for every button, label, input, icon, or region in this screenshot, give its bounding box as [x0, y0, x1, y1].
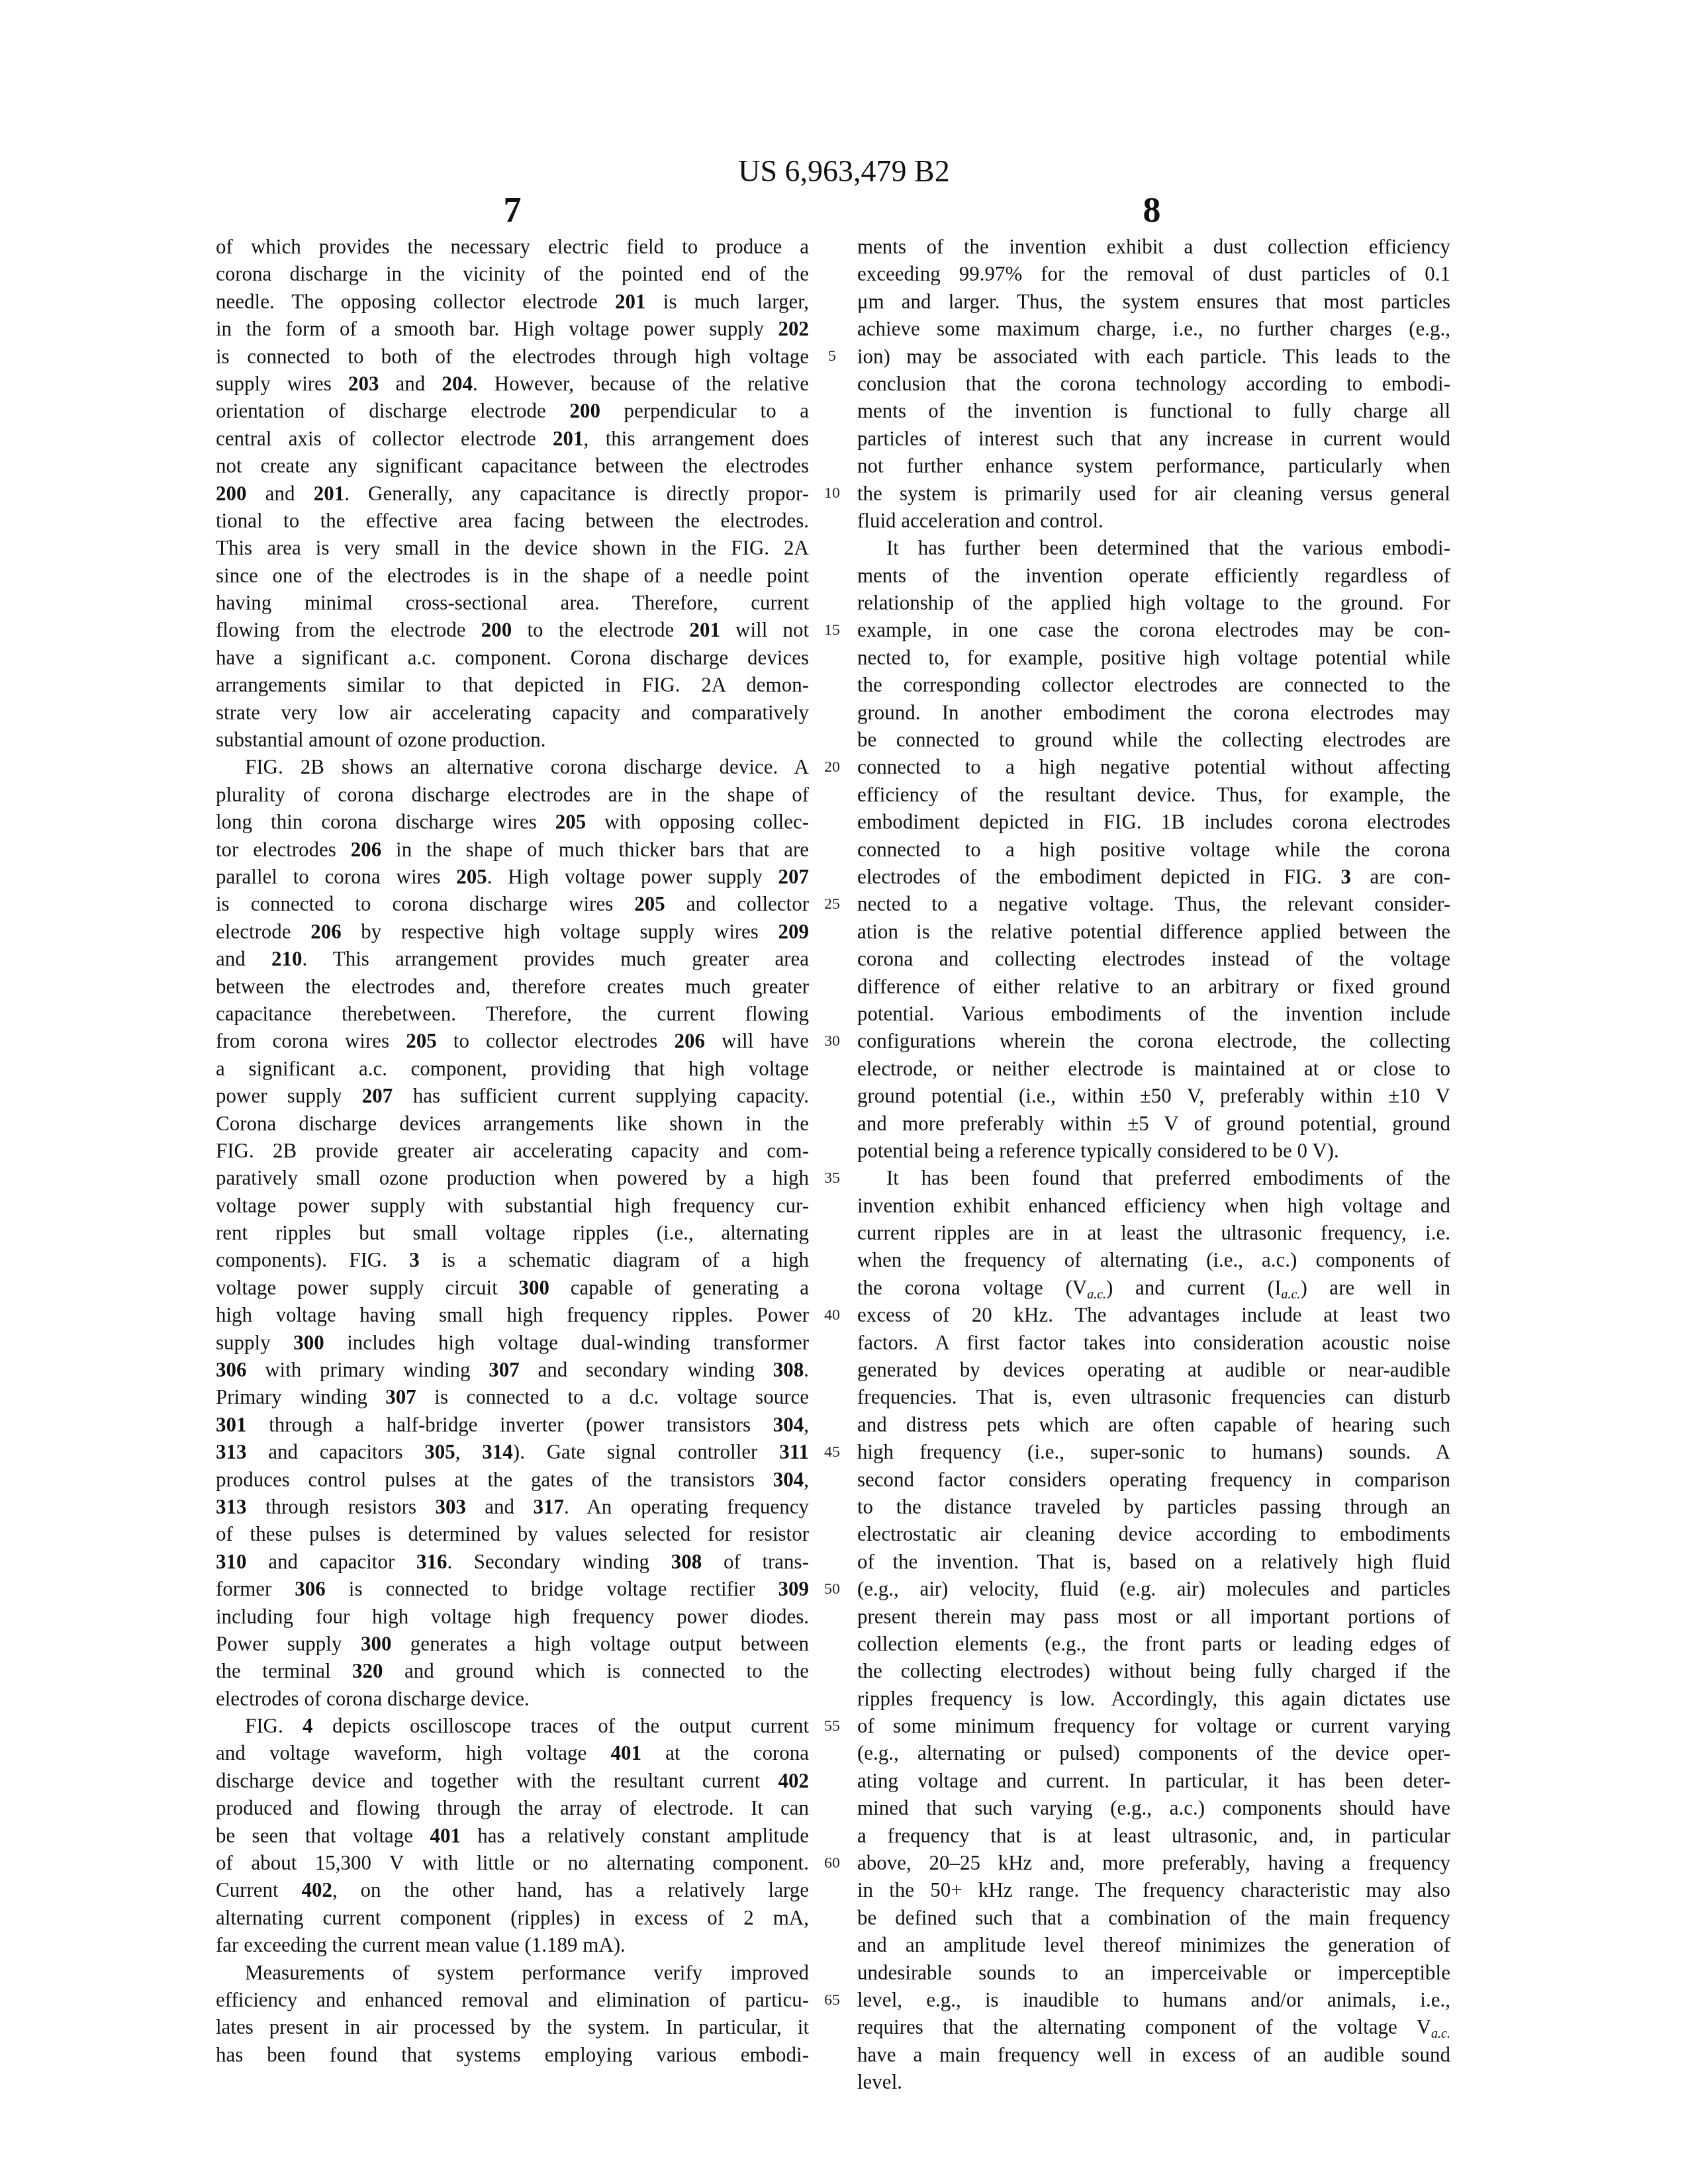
- text-segment: of trans-: [702, 1550, 809, 1573]
- reference-numeral: 201: [314, 482, 345, 505]
- text-segment: with opposing collec-: [586, 810, 809, 833]
- text-segment: to the electrode: [512, 618, 689, 641]
- text-segment: and collector: [665, 892, 809, 915]
- reference-numeral: 207: [362, 1084, 393, 1107]
- text-line: efficiency and enhanced removal and elim…: [216, 1986, 809, 2013]
- reference-numeral: 201: [689, 618, 720, 641]
- text-line: in the 50+ kHz range. The frequency char…: [857, 1876, 1450, 1903]
- text-segment: FIG. 2B shows an alternative corona disc…: [245, 755, 809, 778]
- text-line: voltage power supply with substantial hi…: [216, 1192, 809, 1219]
- text-segment: difference of either relative to an arbi…: [857, 975, 1450, 998]
- text-segment: not create any significant capacitance b…: [216, 454, 809, 477]
- text-segment: achieve some maximum charge, i.e., no fu…: [857, 317, 1450, 340]
- reference-numeral: 206: [310, 920, 342, 943]
- text-segment: be defined such that a combination of th…: [857, 1906, 1450, 1929]
- text-segment: current ripples are in at least the ultr…: [857, 1221, 1450, 1244]
- reference-numeral: 401: [430, 1824, 461, 1847]
- text-line: potential being a reference typically co…: [857, 1137, 1450, 1164]
- text-segment: ,: [804, 1413, 809, 1436]
- text-line: orientation of discharge electrode 200 p…: [216, 397, 809, 424]
- text-segment: ground potential (i.e., within ±50 V, pr…: [857, 1084, 1450, 1107]
- text-line: be defined such that a combination of th…: [857, 1904, 1450, 1931]
- text-line: corona and collecting electrodes instead…: [857, 945, 1450, 972]
- reference-numeral: 308: [671, 1550, 702, 1573]
- text-segment: have a significant a.c. component. Coron…: [216, 646, 809, 669]
- text-line: corona discharge in the vicinity of the …: [216, 260, 809, 287]
- text-line: connected to a high positive voltage whi…: [857, 836, 1450, 863]
- reference-numeral: 310: [216, 1550, 247, 1573]
- text-segment: second factor considers operating freque…: [857, 1468, 1450, 1491]
- text-segment: including four high voltage high frequen…: [216, 1605, 809, 1628]
- text-line: is connected to corona discharge wires 2…: [216, 890, 809, 917]
- text-segment: invention exhibit enhanced efficiency wh…: [857, 1194, 1450, 1217]
- text-segment: capable of generating a: [549, 1276, 809, 1299]
- text-segment: since one of the electrodes is in the sh…: [216, 564, 809, 587]
- text-line: is connected to both of the electrodes t…: [216, 343, 809, 370]
- text-line: 313 through resistors 303 and 317. An op…: [216, 1493, 809, 1520]
- reference-numeral: 203: [348, 372, 379, 395]
- text-line: including four high voltage high frequen…: [216, 1603, 809, 1630]
- text-segment: configurations wherein the corona electr…: [857, 1029, 1450, 1052]
- text-segment: and: [379, 372, 442, 395]
- reference-numeral: 306: [216, 1358, 247, 1381]
- text-segment: be seen that voltage: [216, 1824, 430, 1847]
- text-segment: the corona voltage (V: [857, 1276, 1087, 1299]
- text-line: Corona discharge devices arrangements li…: [216, 1110, 809, 1137]
- column-number-left: 7: [486, 189, 539, 230]
- text-segment: Current: [216, 1878, 301, 1901]
- text-line: undesirable sounds to an imperceivable o…: [857, 1959, 1450, 1986]
- text-segment: central axis of collector electrode: [216, 427, 553, 450]
- reference-numeral: 200: [569, 399, 600, 422]
- text-line: high voltage having small high frequency…: [216, 1301, 809, 1328]
- text-segment: (e.g., alternating or pulsed) components…: [857, 1741, 1450, 1764]
- text-line: electrode 206 by respective high voltage…: [216, 918, 809, 945]
- text-segment: It has been found that preferred embodim…: [886, 1166, 1450, 1189]
- text-segment: connected to a high negative potential w…: [857, 755, 1450, 778]
- line-number: 55: [816, 1713, 849, 1740]
- reference-numeral: 311: [779, 1440, 809, 1463]
- text-segment: efficiency and enhanced removal and elim…: [216, 1988, 809, 2011]
- text-line: Current 402, on the other hand, has a re…: [216, 1876, 809, 1903]
- text-segment: , on the other hand, has a relatively la…: [332, 1878, 809, 1901]
- text-line: fluid acceleration and control.: [857, 507, 1450, 534]
- text-segment: long thin corona discharge wires: [216, 810, 555, 833]
- text-line: μm and larger. Thus, the system ensures …: [857, 288, 1450, 315]
- text-segment: example, in one case the corona electrod…: [857, 618, 1450, 641]
- left-text-column: of which provides the necessary electric…: [216, 233, 809, 2068]
- text-segment: produces control pulses at the gates of …: [216, 1468, 773, 1491]
- text-segment: when the frequency of alternating (i.e.,…: [857, 1248, 1450, 1271]
- reference-numeral: 305: [424, 1440, 455, 1463]
- text-segment: and voltage waveform, high voltage: [216, 1741, 610, 1764]
- text-line: (e.g., alternating or pulsed) components…: [857, 1739, 1450, 1766]
- text-segment: Measurements of system performance verif…: [245, 1961, 809, 1984]
- line-number: 40: [816, 1302, 849, 1329]
- text-line: Power supply 300 generates a high voltag…: [216, 1630, 809, 1657]
- text-segment: in the shape of much thicker bars that a…: [381, 838, 809, 861]
- text-segment: perpendicular to a: [600, 399, 809, 422]
- text-segment: generates a high voltage output between: [391, 1632, 809, 1655]
- text-line: alternating current component (ripples) …: [216, 1904, 809, 1931]
- text-line: electrodes of the embodiment depicted in…: [857, 863, 1450, 890]
- text-line: in the form of a smooth bar. High voltag…: [216, 315, 809, 342]
- text-line: ments of the invention operate efficient…: [857, 562, 1450, 589]
- text-segment: efficiency of the resultant device. Thus…: [857, 783, 1450, 806]
- text-segment: level.: [857, 2070, 902, 2093]
- text-line: of these pulses is determined by values …: [216, 1520, 809, 1547]
- text-segment: arrangements similar to that depicted in…: [216, 673, 809, 696]
- line-number: 50: [816, 1576, 849, 1603]
- text-segment: has been found that systems employing va…: [216, 2043, 809, 2066]
- reference-numeral: 200: [216, 482, 247, 505]
- text-segment: and: [216, 947, 271, 970]
- reference-numeral: 4: [303, 1714, 313, 1737]
- text-segment: and capacitors: [247, 1440, 425, 1463]
- text-line: lates present in air processed by the sy…: [216, 2013, 809, 2040]
- text-segment: lates present in air processed by the sy…: [216, 2015, 809, 2038]
- text-line: ground. In another embodiment the corona…: [857, 699, 1450, 726]
- text-segment: is connected to corona discharge wires: [216, 892, 634, 915]
- text-segment: corona discharge in the vicinity of the …: [216, 262, 809, 285]
- text-line: the terminal 320 and ground which is con…: [216, 1657, 809, 1684]
- text-segment: electrodes of corona discharge device.: [216, 1687, 530, 1710]
- subscript: a.c.: [1087, 1287, 1106, 1302]
- text-line: of which provides the necessary electric…: [216, 233, 809, 260]
- reference-numeral: 301: [216, 1413, 247, 1436]
- text-segment: the system is primarily used for air cle…: [857, 482, 1450, 505]
- reference-numeral: 204: [442, 372, 473, 395]
- text-line: and voltage waveform, high voltage 401 a…: [216, 1739, 809, 1766]
- text-segment: power supply: [216, 1084, 362, 1107]
- reference-numeral: 300: [293, 1331, 324, 1354]
- text-segment: FIG.: [245, 1714, 303, 1737]
- text-segment: . High voltage power supply: [487, 865, 778, 888]
- text-line: having minimal cross-sectional area. The…: [216, 589, 809, 616]
- text-segment: of these pulses is determined by values …: [216, 1522, 809, 1545]
- line-number: 20: [816, 754, 849, 781]
- text-segment: of which provides the necessary electric…: [216, 235, 809, 258]
- text-line: of some minimum frequency for voltage or…: [857, 1712, 1450, 1739]
- text-segment: It has further been determined that the …: [886, 536, 1450, 559]
- reference-numeral: 307: [385, 1385, 416, 1408]
- text-line: and distress pets which are often capabl…: [857, 1411, 1450, 1438]
- reference-numeral: 201: [553, 427, 584, 450]
- text-line: produces control pulses at the gates of …: [216, 1466, 809, 1493]
- text-segment: electrodes of the embodiment depicted in…: [857, 865, 1341, 888]
- text-segment: connected to a high positive voltage whi…: [857, 838, 1450, 861]
- text-segment: orientation of discharge electrode: [216, 399, 569, 422]
- text-segment: includes high voltage dual-winding trans…: [324, 1331, 809, 1354]
- reference-numeral: 202: [778, 317, 810, 340]
- text-segment: parallel to corona wires: [216, 865, 456, 888]
- text-line: This area is very small in the device sh…: [216, 534, 809, 561]
- text-line: FIG. 4 depicts oscilloscope traces of th…: [216, 1712, 809, 1739]
- text-line: ion) may be associated with each particl…: [857, 343, 1450, 370]
- reference-numeral: 209: [778, 920, 809, 943]
- text-segment: ments of the invention is functional to …: [857, 399, 1450, 422]
- text-line: substantial amount of ozone production.: [216, 726, 809, 753]
- line-number: 45: [816, 1439, 849, 1466]
- reference-numeral: 3: [1341, 865, 1352, 888]
- text-line: difference of either relative to an arbi…: [857, 973, 1450, 1000]
- text-segment: of some minimum frequency for voltage or…: [857, 1714, 1450, 1737]
- text-line: FIG. 2B provide greater air accelerating…: [216, 1137, 809, 1164]
- text-segment: from corona wires: [216, 1029, 406, 1052]
- text-line: have a significant a.c. component. Coron…: [216, 644, 809, 671]
- text-line: Measurements of system performance verif…: [216, 1959, 809, 1986]
- subscript: a.c.: [1282, 1287, 1301, 1302]
- reference-numeral: 309: [778, 1577, 810, 1600]
- text-segment: paratively small ozone production when p…: [216, 1166, 809, 1189]
- text-segment: rent ripples but small voltage ripples (…: [216, 1221, 809, 1244]
- reference-numeral: 206: [351, 838, 382, 861]
- patent-number-header: US 6,963,479 B2: [0, 154, 1688, 189]
- text-line: the corresponding collector electrodes a…: [857, 671, 1450, 698]
- text-line: of the invention. That is, based on a re…: [857, 1548, 1450, 1575]
- text-segment: supply wires: [216, 372, 348, 395]
- text-line: supply wires 203 and 204. However, becau…: [216, 370, 809, 397]
- reference-numeral: 317: [533, 1495, 564, 1518]
- reference-numeral: 313: [216, 1440, 247, 1463]
- text-line: of about 15,300 V with little or no alte…: [216, 1849, 809, 1876]
- text-segment: level, e.g., is inaudible to humans and/…: [857, 1988, 1450, 2011]
- text-segment: with primary winding: [247, 1358, 489, 1381]
- text-segment: and an amplitude level thereof minimizes…: [857, 1933, 1450, 1956]
- text-line: ation is the relative potential differen…: [857, 918, 1450, 945]
- text-line: components). FIG. 3 is a schematic diagr…: [216, 1246, 809, 1273]
- text-segment: is connected to both of the electrodes t…: [216, 345, 809, 368]
- text-segment: ). Gate signal controller: [513, 1440, 779, 1463]
- text-segment: potential being a reference typically co…: [857, 1139, 1339, 1162]
- reference-numeral: 307: [489, 1358, 520, 1381]
- text-segment: through a half-bridge inverter (power tr…: [247, 1413, 773, 1436]
- text-segment: far exceeding the current mean value (1.…: [216, 1933, 626, 1956]
- text-line: long thin corona discharge wires 205 wit…: [216, 808, 809, 835]
- text-segment: through resistors: [247, 1495, 436, 1518]
- text-line: exceeding 99.97% for the removal of dust…: [857, 260, 1450, 287]
- text-segment: alternating current component (ripples) …: [216, 1906, 809, 1929]
- reference-numeral: 201: [615, 290, 646, 313]
- text-segment: present therein may pass most or all imp…: [857, 1605, 1450, 1628]
- text-line: configurations wherein the corona electr…: [857, 1027, 1450, 1054]
- text-segment: . Secondary winding: [447, 1550, 671, 1573]
- text-line: flowing from the electrode 200 to the el…: [216, 616, 809, 643]
- text-segment: is much larger,: [646, 290, 809, 313]
- text-segment: electrode, or neither electrode is maint…: [857, 1057, 1450, 1080]
- text-line: nected to, for example, positive high vo…: [857, 644, 1450, 671]
- text-segment: , this arrangement does: [584, 427, 809, 450]
- text-line: electrostatic air cleaning device accord…: [857, 1520, 1450, 1547]
- text-line: tor electrodes 206 in the shape of much …: [216, 836, 809, 863]
- text-line: embodiment depicted in FIG. 1B includes …: [857, 808, 1450, 835]
- text-segment: undesirable sounds to an imperceivable o…: [857, 1961, 1450, 1984]
- text-segment: the corresponding collector electrodes a…: [857, 673, 1450, 696]
- text-segment: has sufficient current supplying capacit…: [393, 1084, 809, 1107]
- text-segment: flowing from the electrode: [216, 618, 481, 641]
- text-segment: between the electrodes and, therefore cr…: [216, 975, 809, 998]
- text-segment: the collecting electrodes) without being…: [857, 1659, 1450, 1682]
- text-line: achieve some maximum charge, i.e., no fu…: [857, 315, 1450, 342]
- text-line: central axis of collector electrode 201,…: [216, 425, 809, 452]
- text-line: has been found that systems employing va…: [216, 2041, 809, 2068]
- text-segment: ments of the invention exhibit a dust co…: [857, 235, 1450, 258]
- text-segment: (e.g., air) velocity, fluid (e.g. air) m…: [857, 1577, 1450, 1600]
- text-line: electrode, or neither electrode is maint…: [857, 1055, 1450, 1082]
- right-text-column: ments of the invention exhibit a dust co…: [857, 233, 1450, 2096]
- reference-numeral: 207: [778, 865, 810, 888]
- text-segment: Power supply: [216, 1632, 361, 1655]
- text-line: conclusion that the corona technology ac…: [857, 370, 1450, 397]
- text-segment: a frequency that is at least ultrasonic,…: [857, 1824, 1450, 1847]
- reference-numeral: 316: [416, 1550, 447, 1573]
- text-segment: in the 50+ kHz range. The frequency char…: [857, 1878, 1450, 1901]
- text-line: power supply 207 has sufficient current …: [216, 1082, 809, 1109]
- line-number: 65: [816, 1987, 849, 2014]
- text-segment: exceeding 99.97% for the removal of dust…: [857, 262, 1450, 285]
- text-line: 313 and capacitors 305, 314). Gate signa…: [216, 1438, 809, 1465]
- text-segment: ,: [455, 1440, 483, 1463]
- text-segment: substantial amount of ozone production.: [216, 728, 545, 751]
- text-segment: is connected to bridge voltage rectifier: [326, 1577, 778, 1600]
- reference-numeral: 206: [674, 1029, 705, 1052]
- text-line: voltage power supply circuit 300 capable…: [216, 1274, 809, 1301]
- text-segment: ) are well in: [1300, 1276, 1450, 1299]
- text-line: ating voltage and current. In particular…: [857, 1767, 1450, 1794]
- text-segment: . Generally, any capacitance is directly…: [344, 482, 809, 505]
- text-line: current ripples are in at least the ultr…: [857, 1219, 1450, 1246]
- text-line: potential. Various embodiments of the in…: [857, 1000, 1450, 1027]
- text-segment: ) and current (I: [1106, 1276, 1281, 1299]
- text-line: paratively small ozone production when p…: [216, 1164, 809, 1191]
- text-line: excess of 20 kHz. The advantages include…: [857, 1301, 1450, 1328]
- text-line: 306 with primary winding 307 and seconda…: [216, 1356, 809, 1383]
- text-segment: μm and larger. Thus, the system ensures …: [857, 290, 1450, 313]
- text-line: (e.g., air) velocity, fluid (e.g. air) m…: [857, 1575, 1450, 1602]
- text-segment: FIG. 2B provide greater air accelerating…: [216, 1139, 809, 1162]
- text-line: invention exhibit enhanced efficiency wh…: [857, 1192, 1450, 1219]
- text-line: to the distance traveled by particles pa…: [857, 1493, 1450, 1520]
- text-line: a frequency that is at least ultrasonic,…: [857, 1822, 1450, 1849]
- text-segment: and ground which is connected to the: [383, 1659, 809, 1682]
- text-line: level.: [857, 2068, 1450, 2095]
- text-line: level, e.g., is inaudible to humans and/…: [857, 1986, 1450, 2013]
- reference-numeral: 205: [456, 865, 487, 888]
- text-line: and an amplitude level thereof minimizes…: [857, 1931, 1450, 1958]
- text-segment: and secondary winding: [520, 1358, 773, 1381]
- text-segment: Primary winding: [216, 1385, 385, 1408]
- text-segment: electrostatic air cleaning device accord…: [857, 1522, 1450, 1545]
- text-segment: fluid acceleration and control.: [857, 509, 1103, 532]
- text-segment: depicts oscilloscope traces of the outpu…: [313, 1714, 809, 1737]
- reference-numeral: 210: [271, 947, 303, 970]
- reference-numeral: 313: [216, 1495, 247, 1518]
- text-line: ground potential (i.e., within ±50 V, pr…: [857, 1082, 1450, 1109]
- text-line: supply 300 includes high voltage dual-wi…: [216, 1329, 809, 1356]
- reference-numeral: 300: [361, 1632, 392, 1655]
- text-segment: discharge device and together with the r…: [216, 1769, 778, 1792]
- reference-numeral: 320: [352, 1659, 383, 1682]
- text-line: Primary winding 307 is connected to a d.…: [216, 1383, 809, 1410]
- text-segment: a significant a.c. component, providing …: [216, 1057, 809, 1080]
- text-segment: tor electrodes: [216, 838, 351, 861]
- text-segment: high voltage having small high frequency…: [216, 1303, 809, 1326]
- text-line: when the frequency of alternating (i.e.,…: [857, 1246, 1450, 1273]
- reference-numeral: 200: [481, 618, 512, 641]
- reference-numeral: 300: [519, 1276, 550, 1299]
- text-line: not create any significant capacitance b…: [216, 452, 809, 479]
- text-line: ripples frequency is low. Accordingly, t…: [857, 1685, 1450, 1712]
- text-line: the corona voltage (Va.c.) and current (…: [857, 1274, 1450, 1301]
- text-segment: having minimal cross-sectional area. The…: [216, 591, 809, 614]
- text-segment: have a main frequency well in excess of …: [857, 2043, 1450, 2066]
- text-segment: . This arrangement provides much greater…: [302, 947, 809, 970]
- text-segment: has a relatively constant amplitude: [461, 1824, 809, 1847]
- text-line: 310 and capacitor 316. Secondary winding…: [216, 1548, 809, 1575]
- text-line: present therein may pass most or all imp…: [857, 1603, 1450, 1630]
- text-segment: Corona discharge devices arrangements li…: [216, 1112, 809, 1135]
- reference-numeral: 402: [301, 1878, 332, 1901]
- text-line: mined that such varying (e.g., a.c.) com…: [857, 1794, 1450, 1821]
- text-segment: generated by devices operating at audibl…: [857, 1358, 1450, 1381]
- text-segment: embodiment depicted in FIG. 1B includes …: [857, 810, 1450, 833]
- reference-numeral: 205: [634, 892, 665, 915]
- text-segment: conclusion that the corona technology ac…: [857, 372, 1450, 395]
- text-segment: frequencies. That is, even ultrasonic fr…: [857, 1385, 1450, 1408]
- text-line: 200 and 201. Generally, any capacitance …: [216, 480, 809, 507]
- text-line: particles of interest such that any incr…: [857, 425, 1450, 452]
- text-segment: nected to a negative voltage. Thus, the …: [857, 892, 1450, 915]
- text-line: collection elements (e.g., the front par…: [857, 1630, 1450, 1657]
- reference-numeral: 304: [773, 1413, 804, 1436]
- text-segment: to the distance traveled by particles pa…: [857, 1495, 1450, 1518]
- text-segment: above, 20–25 kHz and, more preferably, h…: [857, 1851, 1450, 1874]
- text-segment: needle. The opposing collector electrode: [216, 290, 615, 313]
- text-segment: particles of interest such that any incr…: [857, 427, 1450, 450]
- column-number-right: 8: [1125, 189, 1178, 230]
- text-segment: relationship of the applied high voltage…: [857, 591, 1450, 614]
- text-segment: and: [466, 1495, 534, 1518]
- text-line: former 306 is connected to bridge voltag…: [216, 1575, 809, 1602]
- reference-numeral: 304: [773, 1468, 804, 1491]
- text-line: arrangements similar to that depicted in…: [216, 671, 809, 698]
- text-line: not further enhance system performance, …: [857, 452, 1450, 479]
- text-segment: strate very low air accelerating capacit…: [216, 701, 809, 724]
- text-segment: and capacitor: [247, 1550, 416, 1573]
- text-segment: ground. In another embodiment the corona…: [857, 701, 1450, 724]
- reference-numeral: 402: [778, 1769, 810, 1792]
- text-segment: be connected to ground while the collect…: [857, 728, 1450, 751]
- text-segment: in the form of a smooth bar. High voltag…: [216, 317, 778, 340]
- text-segment: will have: [705, 1029, 809, 1052]
- text-line: efficiency of the resultant device. Thus…: [857, 781, 1450, 808]
- text-segment: capacitance therebetween. Therefore, the…: [216, 1002, 809, 1025]
- text-line: generated by devices operating at audibl…: [857, 1356, 1450, 1383]
- text-line: be seen that voltage 401 has a relativel…: [216, 1822, 809, 1849]
- text-line: factors. A first factor takes into consi…: [857, 1329, 1450, 1356]
- text-line: a significant a.c. component, providing …: [216, 1055, 809, 1082]
- text-segment: to collector electrodes: [437, 1029, 675, 1052]
- text-line: ments of the invention is functional to …: [857, 397, 1450, 424]
- text-segment: will not: [720, 618, 809, 641]
- text-segment: are con-: [1351, 865, 1450, 888]
- reference-numeral: 303: [435, 1495, 466, 1518]
- text-segment: . However, because of the relative: [473, 372, 809, 395]
- subscript: a.c.: [1431, 2026, 1450, 2041]
- text-segment: components). FIG.: [216, 1248, 409, 1271]
- text-line: since one of the electrodes is in the sh…: [216, 562, 809, 589]
- text-segment: is a schematic diagram of a high: [420, 1248, 809, 1271]
